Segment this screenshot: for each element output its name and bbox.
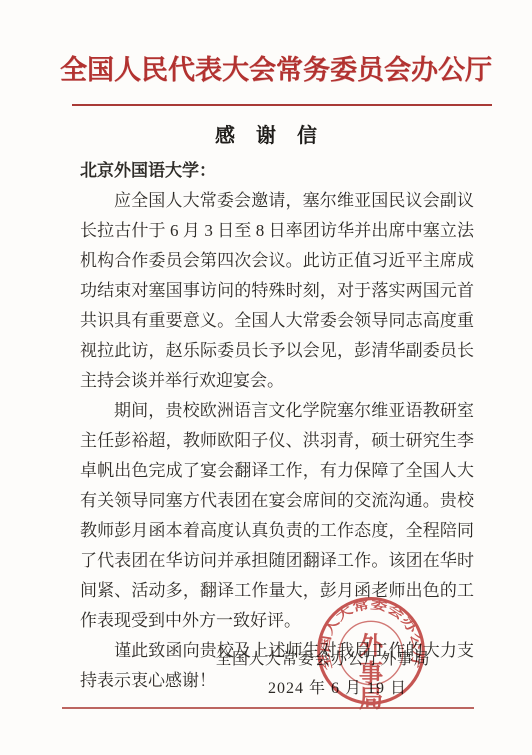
paragraph-1: 应全国人大常委会邀请，塞尔维亚国民议会副议长拉古什于 6 月 3 日至 8 日率…	[80, 186, 474, 396]
official-seal: 全国人大常委会办公厅 外 事 局	[316, 596, 426, 710]
letter-title: 感 谢 信	[0, 119, 532, 148]
letter-page: 全国人民代表大会常务委员会办公厅 感 谢 信 北京外国语大学： 应全国人大常委会…	[0, 0, 532, 755]
seal-center-char-1: 外	[359, 633, 384, 660]
letterhead-rule	[72, 104, 492, 106]
seal-center-char-2: 事	[359, 661, 383, 688]
salutation: 北京外国语大学：	[80, 156, 474, 186]
bottom-rule	[62, 707, 474, 709]
letterhead-title: 全国人民代表大会常务委员会办公厅	[60, 48, 492, 87]
